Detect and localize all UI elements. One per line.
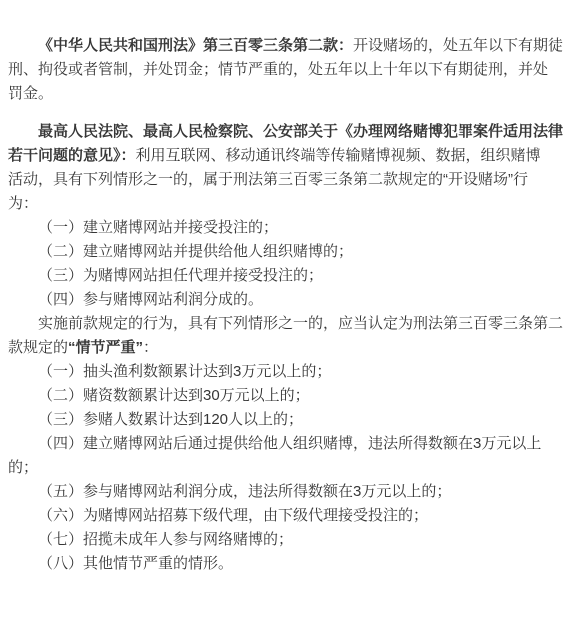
list-item: （二）建立赌博网站并提供给他人组织赌博的；	[8, 240, 579, 264]
list-item: （四）参与赌博网站利润分成的。	[8, 288, 579, 312]
list-item: （四）建立赌博网站后通过提供给他人组织赌博，违法所得数额在3万元以上 的；	[8, 432, 579, 480]
statute-title: 《中华人民共和国刑法》第三百零三条第二款：	[38, 37, 353, 54]
list-item: （三）参赌人数累计达到120人以上的；	[8, 408, 579, 432]
serious-circumstances-list: （一）抽头渔利数额累计达到3万元以上的；（二）赌资数额累计达到30万元以上的；（…	[8, 360, 579, 576]
legal-document: 《中华人民共和国刑法》第三百零三条第二款：开设赌场的，处五年以下有期徒 刑、拘役…	[0, 0, 587, 621]
statute-paragraph: 《中华人民共和国刑法》第三百零三条第二款：开设赌场的，处五年以下有期徒 刑、拘役…	[8, 34, 579, 106]
severity-term: “情节严重”	[68, 339, 143, 356]
list-item: （八）其他情节严重的情形。	[8, 552, 579, 576]
list-item: （五）参与赌博网站利润分成，违法所得数额在3万元以上的；	[8, 480, 579, 504]
list-item: （二）赌资数额累计达到30万元以上的；	[8, 384, 579, 408]
gambling-site-behavior-list: （一）建立赌博网站并接受投注的；（二）建立赌博网站并提供给他人组织赌博的；（三）…	[8, 216, 579, 312]
opinion-paragraph: 最高人民法院、最高人民检察院、公安部关于《办理网络赌博犯罪案件适用法律 若干问题…	[8, 120, 579, 216]
list-item: （一）抽头渔利数额累计达到3万元以上的；	[8, 360, 579, 384]
list-item: （三）为赌博网站担任代理并接受投注的；	[8, 264, 579, 288]
list-item: （六）为赌博网站招募下级代理，由下级代理接受投注的；	[8, 504, 579, 528]
severity-post: ：	[143, 339, 158, 356]
list-item: （七）招揽未成年人参与网络赌博的；	[8, 528, 579, 552]
list-item: （一）建立赌博网站并接受投注的；	[8, 216, 579, 240]
severity-paragraph: 实施前款规定的行为，具有下列情形之一的，应当认定为刑法第三百零三条第二 款规定的…	[8, 312, 579, 360]
